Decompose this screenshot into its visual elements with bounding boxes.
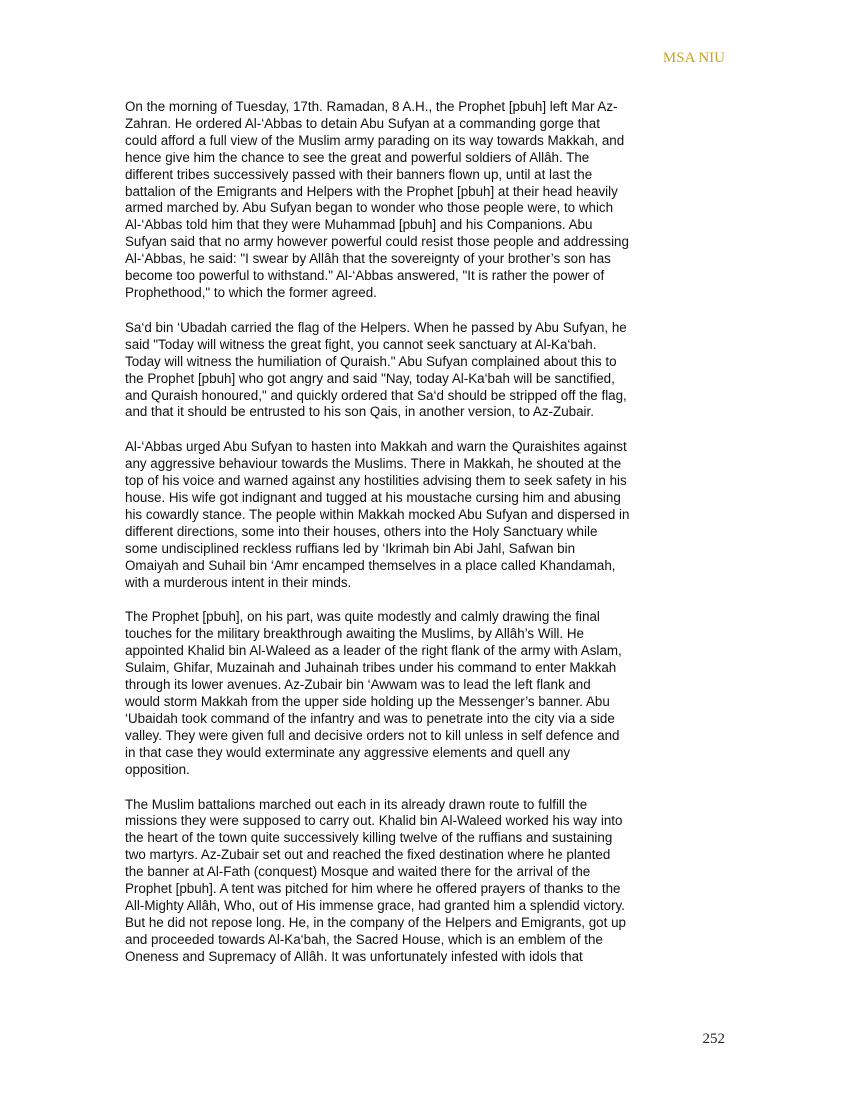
text-line: the Prophet [pbuh] who got angry and sai…	[125, 371, 745, 388]
text-line: Prophethood," to which the former agreed…	[125, 285, 745, 302]
text-line: On the morning of Tuesday, 17th. Ramadan…	[125, 99, 745, 116]
text-line: Sa‘d bin ‘Ubadah carried the flag of the…	[125, 320, 745, 337]
text-line: touches for the military breakthrough aw…	[125, 626, 745, 643]
text-line: armed marched by. Abu Sufyan began to wo…	[125, 200, 745, 217]
text-line: his cowardly stance. The people within M…	[125, 507, 745, 524]
paragraph-2: Sa‘d bin ‘Ubadah carried the flag of the…	[125, 320, 745, 421]
text-line: in that case they would exterminate any …	[125, 745, 745, 762]
text-line: would storm Makkah from the upper side h…	[125, 694, 745, 711]
text-line: Al-‘Abbas urged Abu Sufyan to hasten int…	[125, 439, 745, 456]
text-line: Prophet [pbuh]. A tent was pitched for h…	[125, 881, 745, 898]
text-line: opposition.	[125, 762, 745, 779]
text-line: missions they were supposed to carry out…	[125, 813, 745, 830]
text-line: and that it should be entrusted to his s…	[125, 404, 745, 421]
running-header: MSA NIU	[663, 50, 725, 67]
text-line: appointed Khalid bin Al-Waleed as a lead…	[125, 643, 745, 660]
text-line: and proceeded towards Al-Ka‘bah, the Sac…	[125, 932, 745, 949]
text-line: top of his voice and warned against any …	[125, 473, 745, 490]
text-line: valley. They were given full and decisiv…	[125, 728, 745, 745]
text-line: could afford a full view of the Muslim a…	[125, 133, 745, 150]
paragraph-5: The Muslim battalions marched out each i…	[125, 797, 745, 966]
text-line: different tribes successively passed wit…	[125, 167, 745, 184]
text-line: said "Today will witness the great fight…	[125, 337, 745, 354]
text-line: Oneness and Supremacy of Allâh. It was u…	[125, 949, 745, 966]
text-line: The Muslim battalions marched out each i…	[125, 797, 745, 814]
text-line: the banner at Al-Fath (conquest) Mosque …	[125, 864, 745, 881]
paragraph-1: On the morning of Tuesday, 17th. Ramadan…	[125, 99, 745, 302]
text-line: become too powerful to withstand." Al-‘A…	[125, 268, 745, 285]
text-line: through its lower avenues. Az-Zubair bin…	[125, 677, 745, 694]
text-line: Al-‘Abbas, he said: "I swear by Allâh th…	[125, 251, 745, 268]
text-line: hence give him the chance to see the gre…	[125, 150, 745, 167]
text-line: Sufyan said that no army however powerfu…	[125, 234, 745, 251]
text-line: house. His wife got indignant and tugged…	[125, 490, 745, 507]
text-line: and Quraish honoured," and quickly order…	[125, 388, 745, 405]
text-line: Omaiyah and Suhail bin ‘Amr encamped the…	[125, 558, 745, 575]
paragraph-3: Al-‘Abbas urged Abu Sufyan to hasten int…	[125, 439, 745, 591]
text-line: Zahran. He ordered Al-‘Abbas to detain A…	[125, 116, 745, 133]
page-number: 252	[703, 1031, 726, 1048]
paragraph-4: The Prophet [pbuh], on his part, was qui…	[125, 609, 745, 778]
text-line: But he did not repose long. He, in the c…	[125, 915, 745, 932]
text-line: Today will witness the humiliation of Qu…	[125, 354, 745, 371]
text-line: Sulaim, Ghifar, Muzainah and Juhainah tr…	[125, 660, 745, 677]
text-line: any aggressive behaviour towards the Mus…	[125, 456, 745, 473]
text-line: Al-‘Abbas told him that they were Muhamm…	[125, 217, 745, 234]
text-line: the heart of the town quite successively…	[125, 830, 745, 847]
body-text: On the morning of Tuesday, 17th. Ramadan…	[125, 99, 745, 984]
text-line: with a murderous intent in their minds.	[125, 575, 745, 592]
text-line: ‘Ubaidah took command of the infantry an…	[125, 711, 745, 728]
text-line: The Prophet [pbuh], on his part, was qui…	[125, 609, 745, 626]
text-line: battalion of the Emigrants and Helpers w…	[125, 184, 745, 201]
text-line: some undisciplined reckless ruffians led…	[125, 541, 745, 558]
text-line: different directions, some into their ho…	[125, 524, 745, 541]
text-line: All-Mighty Allâh, Who, out of His immens…	[125, 898, 745, 915]
text-line: two martyrs. Az-Zubair set out and reach…	[125, 847, 745, 864]
